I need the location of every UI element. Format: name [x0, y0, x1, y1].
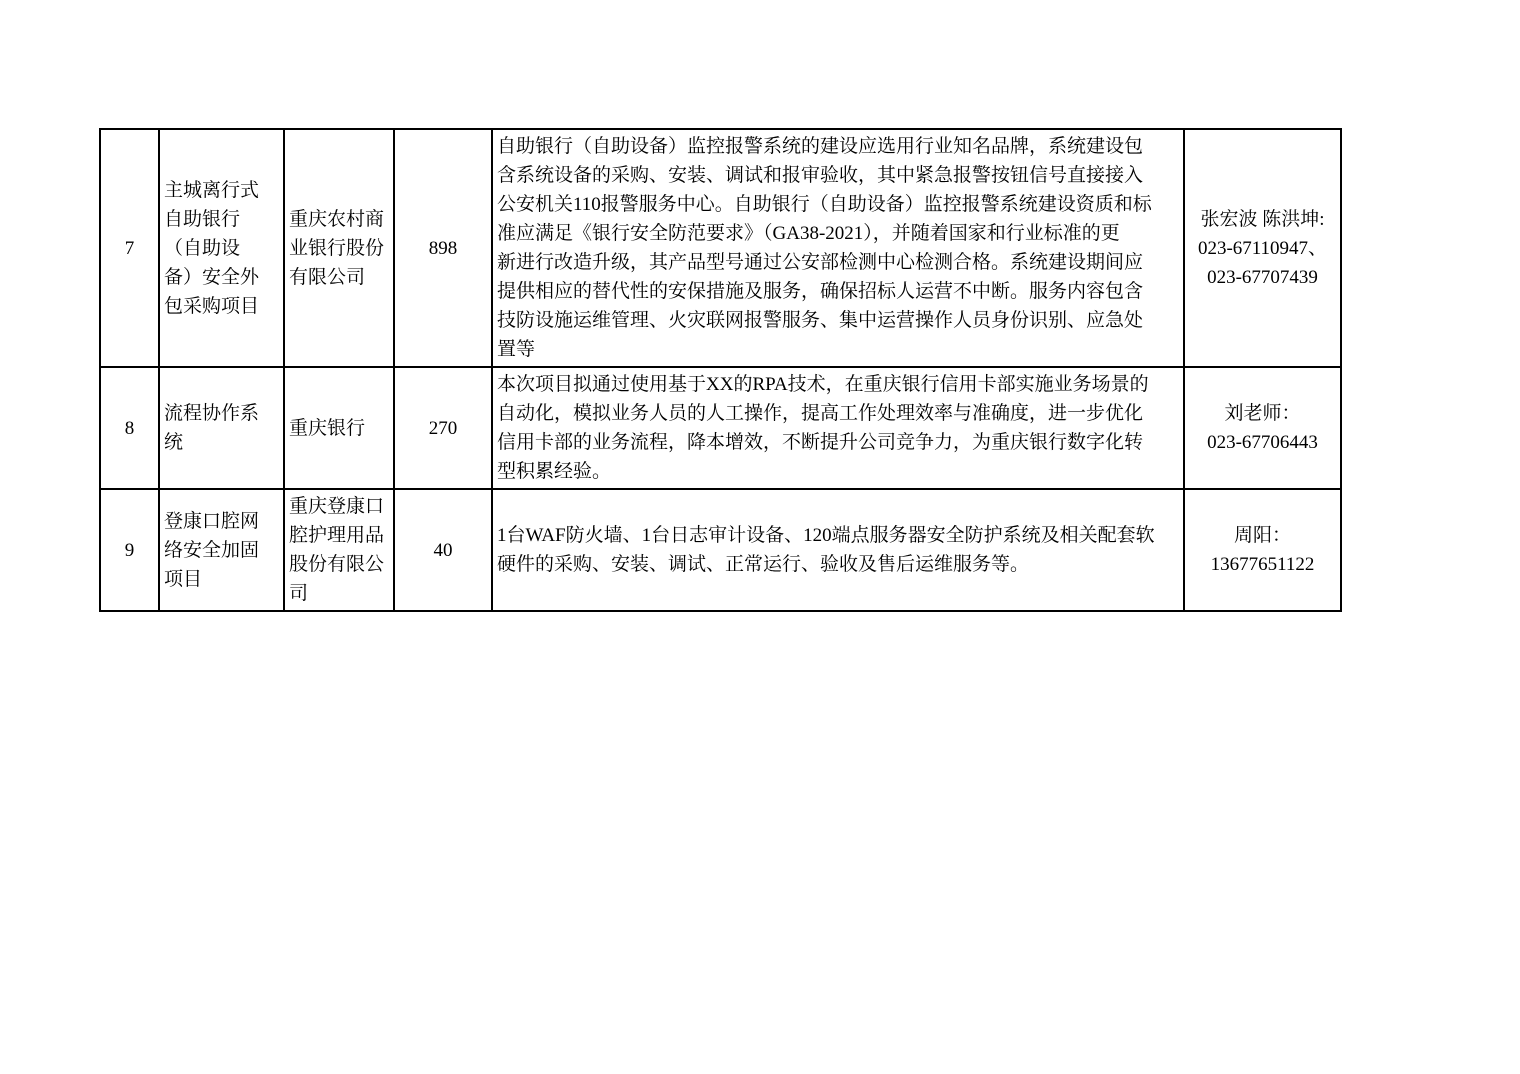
row-number-cell: 9	[100, 489, 159, 611]
document-page: 7 主城离行式 自助银行 （自助设 备）安全外 包采购项目 重庆农村商 业银行股…	[0, 0, 1520, 1074]
project-name-cell: 流程协作系 统	[159, 367, 284, 489]
procurement-table: 7 主城离行式 自助银行 （自助设 备）安全外 包采购项目 重庆农村商 业银行股…	[99, 128, 1342, 612]
amount-cell: 270	[394, 367, 492, 489]
table-row: 8 流程协作系 统 重庆银行 270 本次项目拟通过使用基于XX的RPA技术，在…	[100, 367, 1341, 489]
company-cell: 重庆登康口 腔护理用品 股份有限公 司	[284, 489, 394, 611]
company-cell: 重庆银行	[284, 367, 394, 489]
amount-cell: 40	[394, 489, 492, 611]
contact-cell: 张宏波 陈洪坤: 023-67110947、 023-67707439	[1184, 129, 1341, 367]
contact-cell: 周阳： 13677651122	[1184, 489, 1341, 611]
table-row: 9 登康口腔网 络安全加固 项目 重庆登康口 腔护理用品 股份有限公 司 40 …	[100, 489, 1341, 611]
amount-cell: 898	[394, 129, 492, 367]
row-number-cell: 7	[100, 129, 159, 367]
description-cell: 自助银行（自助设备）监控报警系统的建设应选用行业知名品牌，系统建设包 含系统设备…	[492, 129, 1184, 367]
description-cell: 1台WAF防火墙、1台日志审计设备、120端点服务器安全防护系统及相关配套软 硬…	[492, 489, 1184, 611]
table-row: 7 主城离行式 自助银行 （自助设 备）安全外 包采购项目 重庆农村商 业银行股…	[100, 129, 1341, 367]
description-cell: 本次项目拟通过使用基于XX的RPA技术，在重庆银行信用卡部实施业务场景的 自动化…	[492, 367, 1184, 489]
contact-cell: 刘老师： 023-67706443	[1184, 367, 1341, 489]
row-number-cell: 8	[100, 367, 159, 489]
company-cell: 重庆农村商 业银行股份 有限公司	[284, 129, 394, 367]
project-name-cell: 登康口腔网 络安全加固 项目	[159, 489, 284, 611]
project-name-cell: 主城离行式 自助银行 （自助设 备）安全外 包采购项目	[159, 129, 284, 367]
